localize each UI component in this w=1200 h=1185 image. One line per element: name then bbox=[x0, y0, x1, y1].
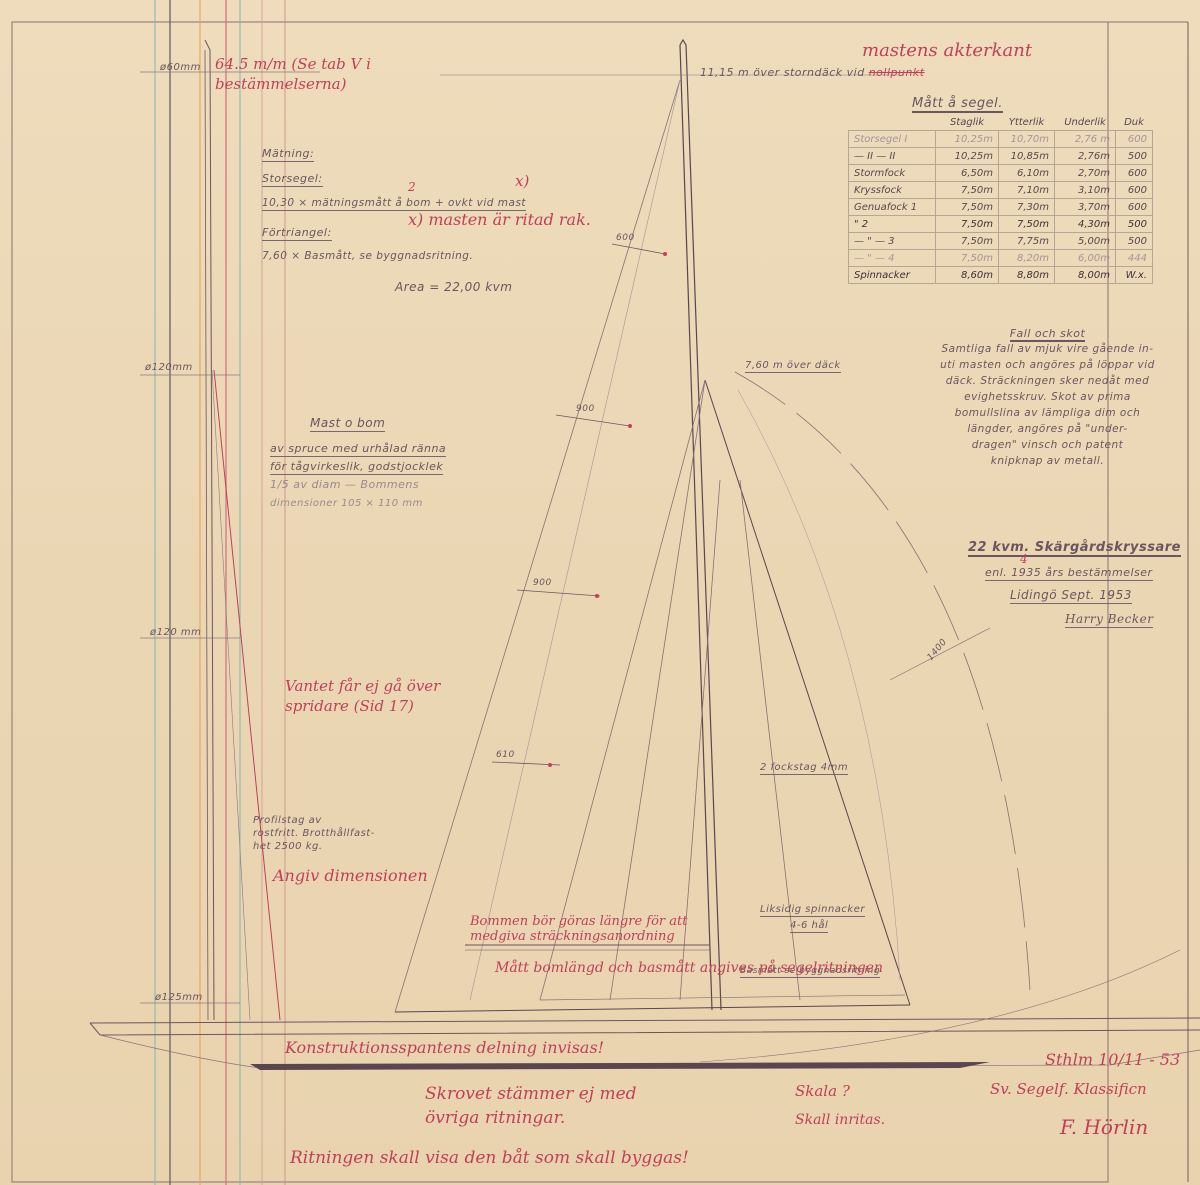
halyards-title: Fall och skot bbox=[1010, 327, 1086, 342]
mainsail-formula: 10,30 × mätningsmått å bom + ovkt vid ma… bbox=[262, 197, 526, 211]
shroud-red-note: Vantet får ej gå över spridare (Sid 17) bbox=[285, 676, 465, 716]
batten-label-4: 610 bbox=[496, 750, 515, 760]
sail-dimensions-table: Staglik Ytterlik Underlik Duk Storsegel … bbox=[848, 115, 1153, 284]
foretriangle-formula: 7,60 × Basmått, se byggnadsritning. bbox=[262, 250, 473, 262]
table-row: Kryssfock7,50m7,10m3,10m600 bbox=[849, 182, 1153, 199]
spinnaker-label: Liksidig spinnacker bbox=[760, 904, 865, 917]
sail-area: Area = 22,00 kvm bbox=[395, 280, 512, 294]
batten-label-1: 600 bbox=[616, 233, 635, 243]
rules-red-correction: 4 bbox=[1020, 552, 1028, 566]
mainsail-label: Storsegel: bbox=[262, 172, 323, 187]
mast-boom-line-3: 1/5 av diam — Bommens bbox=[270, 478, 419, 491]
frames-red-note: Konstruktionsspantens delning invisas! bbox=[285, 1038, 604, 1057]
foretriangle-label: Förtriangel: bbox=[262, 226, 332, 241]
scale-instruction: Skall inritas. bbox=[795, 1112, 885, 1128]
halyards-note: Fall och skot Samtliga fall av mjuk vire… bbox=[920, 322, 1175, 469]
col-header-staglik: Staglik bbox=[936, 115, 999, 131]
mast-diameter-2: ø120 mm bbox=[150, 627, 201, 638]
table-row: Stormfock6,50m6,10m2,70m600 bbox=[849, 165, 1153, 182]
batten-label-2: 900 bbox=[576, 404, 595, 414]
mainsail-red-mark: x) bbox=[515, 172, 529, 190]
mast-boom-line-2: för tågvirkeslik, godstjocklek bbox=[270, 460, 443, 475]
measurement-heading: Mätning: bbox=[262, 147, 314, 162]
sail-table-title: Mått å segel. bbox=[912, 96, 1003, 113]
boom-measure-red-note: Mått bomlängd och basmått angives på seg… bbox=[495, 960, 883, 976]
col-header-ytterlik: Ytterlik bbox=[999, 115, 1055, 131]
table-row: Storsegel I10,25m10,70m2,76 m600 bbox=[849, 131, 1153, 148]
jib-halyard-height: 7,60 m över däck bbox=[745, 360, 841, 373]
table-row: — " — 47,50m8,20m6,00m444 bbox=[849, 250, 1153, 267]
dimension-red-note: Angiv dimensionen bbox=[273, 866, 428, 885]
forestay-note: Profilstag av rostfritt. Brotthållfast- … bbox=[253, 814, 375, 853]
mast-top-red-note: 64.5 m/m (Se tab V i bestämmelserna) bbox=[215, 54, 465, 94]
mast-boom-line-4: dimensioner 105 × 110 mm bbox=[270, 498, 423, 509]
drawing-sheet: ø60mm 64.5 m/m (Se tab V i bestämmelsern… bbox=[0, 0, 1200, 1185]
build-red-note: Ritningen skall visa den båt som skall b… bbox=[290, 1148, 689, 1168]
mast-height-label: 11,15 m över storndäck vid nollpunkt bbox=[700, 66, 925, 79]
table-row: — II — II10,25m10,85m2,76m500 bbox=[849, 148, 1153, 165]
approval-organization: Sv. Segelf. Klassificn bbox=[990, 1080, 1147, 1098]
table-row: — " — 37,50m7,75m5,00m500 bbox=[849, 233, 1153, 250]
drawing-place-date: Lidingö Sept. 1953 bbox=[1010, 588, 1132, 604]
mainsail-superscript: 2 bbox=[408, 180, 416, 194]
mast-boom-line-1: av spruce med urhålad ränna bbox=[270, 442, 446, 457]
mast-diameter-3: ø125mm bbox=[155, 992, 203, 1003]
spinnaker-holes: 4-6 hål bbox=[790, 920, 828, 933]
col-header-name bbox=[849, 115, 936, 131]
mast-diameter-1: ø120mm bbox=[145, 362, 193, 373]
table-row: Genuafock 17,50m7,30m3,70m600 bbox=[849, 199, 1153, 216]
boom-red-note: Bommen bör göras längre för att medgiva … bbox=[470, 914, 700, 944]
mast-boom-title: Mast o bom bbox=[310, 416, 385, 432]
drawing-rules: enl. 1935 års bestämmelser bbox=[985, 566, 1153, 581]
col-header-underlik: Underlik bbox=[1055, 115, 1116, 131]
table-row: " 27,50m7,50m4,30m500 bbox=[849, 216, 1153, 233]
approver-signature: F. Hörlin bbox=[1060, 1115, 1148, 1139]
scale-red-note: Skala ? bbox=[795, 1082, 850, 1100]
forestay-label: 2 fockstag 4mm bbox=[760, 762, 848, 775]
mast-top-diameter: ø60mm bbox=[160, 62, 201, 73]
stem-red-note: Skrovet stämmer ej med övriga ritningar. bbox=[425, 1082, 665, 1130]
table-row: Spinnacker8,60m8,80m8,00mW.x. bbox=[849, 267, 1153, 284]
drawing-title: 22 kvm. Skärgårdskryssare bbox=[968, 540, 1181, 557]
mast-red-correction: mastens akterkant bbox=[862, 40, 1032, 61]
designer-signature: Harry Becker bbox=[1065, 612, 1153, 628]
mast-straight-note: x) masten är ritad rak. bbox=[408, 210, 591, 229]
approval-place-date: Sthlm 10/11 - 53 bbox=[1045, 1050, 1180, 1069]
col-header-duk: Duk bbox=[1116, 115, 1153, 131]
batten-label-3: 900 bbox=[533, 578, 552, 588]
